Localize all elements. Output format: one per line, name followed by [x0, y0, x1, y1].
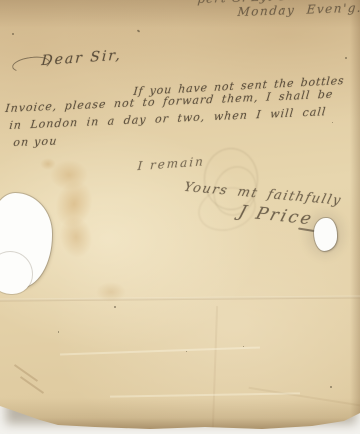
ink-speck — [243, 346, 244, 347]
ink-speck — [186, 351, 187, 352]
paper-hole-right — [314, 218, 337, 251]
ink-speck — [12, 33, 14, 35]
ink-speck — [345, 57, 347, 59]
salutation-dear-sir: Dear Sir, — [41, 47, 123, 69]
wrinkle-highlight — [60, 347, 260, 356]
wrinkle-highlight — [110, 392, 300, 397]
stain-blob — [40, 158, 56, 170]
body-line-4: on you — [13, 134, 59, 149]
ink-speck — [114, 306, 116, 308]
letter-paper: pert G. Lyt Smith Monday Even'g. Dear Si… — [0, 0, 360, 434]
fold-crease — [0, 295, 360, 301]
letter-scan: pert G. Lyt Smith Monday Even'g. Dear Si… — [0, 0, 360, 434]
paper-edge-shadow — [0, 398, 360, 434]
stain-blob — [96, 282, 126, 302]
ink-speck — [332, 122, 333, 123]
ink-speck — [137, 29, 141, 32]
ink-speck — [330, 386, 332, 388]
ink-speck — [58, 331, 59, 333]
